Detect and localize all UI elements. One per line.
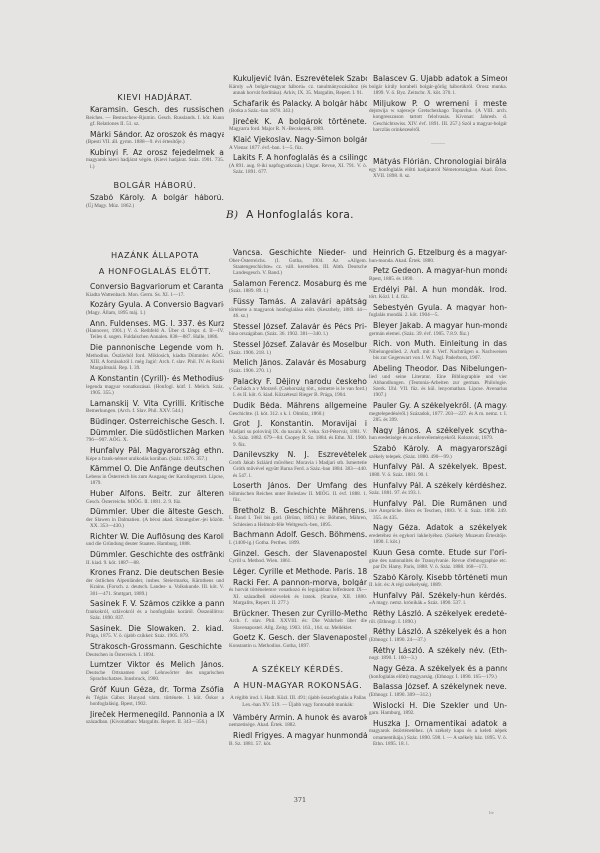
entry-citation: Deutschen in Österreich. I. 1894. — [86, 652, 224, 658]
entry-author-title: Vancsa. Geschichte Nieder- und — [229, 249, 367, 257]
entry-author-title: Kukuljević Iván. Észrevételek Szabó — [229, 75, 367, 83]
entry-citation: (Új Magy. Múz. 1862.) — [86, 203, 224, 209]
entry-citation: században. (Kivonatban: Margalits. Reper… — [86, 719, 224, 725]
entry-author-title: Dümmler. Die südöstlichen Marken. — [86, 429, 224, 437]
entry-citation: története a magyarok honfoglalása előtt.… — [229, 307, 367, 320]
entry-author-title: Jireček Hermenegild. Pannonia a IX. — [86, 711, 224, 719]
entry-citation: germán elemei. (Száz. 39. évf. 1905. 7.8… — [369, 331, 507, 337]
bibliography-entry: Huber Alfons. Beitr. zur älterenGesch. Ö… — [86, 490, 224, 505]
entry-author-title: Riedl Frigyes. A magyar hunmondák. — [229, 732, 367, 740]
entry-citation: der östlichen Alpenländer, insbes. Steie… — [86, 578, 224, 597]
entry-citation: eredetéhez és egykori lakhelyéhez. (Szék… — [369, 533, 507, 546]
entry-citation: I. Band I. Teil bis gotl. (Brünn, 1893.)… — [229, 515, 367, 528]
bibliography-entry: Krones Franz. Die deutschen Besiedlungen… — [86, 569, 224, 596]
bibliography-entry: Kukuljević Iván. Észrevételek SzabóKárol… — [229, 75, 367, 96]
bibliography-entry: Füssy Tamás. A zalavári apátságtörténete… — [229, 298, 367, 319]
entry-citation: Magyarra ford. Major R. N.-Becskerek, 18… — [229, 126, 367, 132]
entry-author-title: Lakits F. A honfoglalás és a csilingolás… — [229, 154, 367, 162]
bibliography-entry: Danilevszky N. J. ÉszrevételekGroth Jaka… — [229, 451, 367, 478]
bibliography-entry: Sasinek F. V. Számos czikke a pannoniaif… — [86, 600, 224, 621]
bibliography-entry: Sasinek. Die Slowaken. 2. kiad.Prága, 18… — [86, 625, 224, 640]
entry-author-title: Palacky F. Dějiny narodu českeho — [229, 378, 367, 386]
bibliography-entry: Dümmler. Über die älteste Gesch.der Slaw… — [86, 508, 224, 529]
entry-citation: tört. Közl. I. 4. füz. — [369, 294, 507, 300]
entry-author-title: Balascev G. Újabb adatok a Simeon — [369, 75, 507, 83]
bibliography-entry: Ann. Fuldenses. MG. I. 337. és Kurz.(Han… — [86, 320, 224, 341]
entry-citation: (Száz. 1906. 218. l.) — [229, 350, 367, 356]
entry-citation: Képe a frank-német uralkodás korában. (S… — [86, 456, 224, 462]
entry-author-title: Mátyás Flórián. Chronologiai birálat — [369, 158, 507, 166]
entry-citation: frankokról, szlávokról és a honfoglalás … — [86, 609, 224, 622]
entry-citation: Száz. 1881. 97. és 193. l. — [369, 490, 507, 496]
corner-mark: Ite — [489, 810, 494, 815]
entry-citation: (Botka a Száz.-ban 1878. 343.) — [229, 108, 367, 114]
entry-author-title: Melich János. Zalavár és Mosaburg. — [229, 359, 367, 367]
bibliography-entry: Nagy Géza. A székelyek és a pannoniai(ho… — [369, 665, 507, 680]
entry-author-title: Schafarik és Palacky. A bolgár háború ko… — [229, 100, 367, 108]
bibliography-entry: Hunfalvy Pál. A székely kérdéshez.Száz. … — [369, 482, 507, 497]
bibliography-entry: Vancsa. Geschichte Nieder- undOber-Öster… — [229, 249, 367, 276]
bibliography-entry: Kubinyi F. Az orosz fejedelmek amagyarok… — [86, 149, 224, 170]
bibliography-entry: Dümmler. Geschichte des ostfränkischen R… — [86, 551, 224, 566]
entry-author-title: Réthy László. A székelyek eredeté- — [369, 610, 507, 618]
entry-author-title: Hunfalvy Pál. A székelyek. Bpest. — [369, 463, 507, 471]
entry-author-title: Hunfalvy Pál. Székely-hun kérdés. — [369, 592, 507, 600]
entry-citation: böhmischen Reiches unter Boleslaw II. MI… — [229, 491, 367, 504]
bibliography-entry: Loserth János. Der Umfang desböhmischen … — [229, 482, 367, 503]
entry-citation: Reiches. — Bestuschew-Rjumin. Gesch. Rus… — [86, 115, 224, 128]
bibliography-entry: Petz Gedeon. A magyar-hun monda.Bpest, 1… — [369, 267, 507, 282]
entry-citation: hun eredetisége és az ellenvéleményekről… — [369, 435, 507, 441]
bibliography-entry: Szabó Károly. Kisebb történeti munkáiII.… — [369, 574, 507, 589]
entry-citation: Methodius. Ószlávból ford. Miklosich, ki… — [86, 353, 224, 372]
bibliography-entry: Karamsin. Gesch. des russischenReiches. … — [86, 106, 224, 127]
bibliography-entry: Hunfalvy Pál. Székely-hun kérdés.«A magy… — [369, 592, 507, 607]
bibliography-entry: Balassa József. A székelynek neve.(Ethno… — [369, 683, 507, 698]
bibliography-entry: Büdinger. Österreichische Gesch. I. — [86, 418, 224, 426]
entry-author-title: Kubinyi F. Az orosz fejedelmek a — [86, 149, 224, 157]
section-title: KIEVI HADJÁRAT. — [86, 92, 224, 102]
entry-author-title: Szabó Károly. A bolgár háború. — [86, 194, 224, 202]
bibliography-entry: Schafarik és Palacky. A bolgár háború ko… — [229, 100, 367, 115]
entry-author-title: Sasinek F. V. Számos czikke a pannoniai — [86, 600, 224, 608]
entry-citation: II. köt. és: A régi székelység. 1889. — [369, 582, 507, 588]
entry-author-title: Huber Alfons. Beitr. zur älteren — [86, 490, 224, 498]
entry-citation: (Száz. 1889. 89. l.) — [229, 288, 367, 294]
entry-citation: bina országában. (Száz. 36. 1902. 381—34… — [229, 331, 367, 337]
entry-author-title: Die pannonische Legende vom h. — [86, 344, 224, 352]
entry-citation: magyarok kievi hadjárat végén. (Kievi ha… — [86, 157, 224, 170]
entry-citation: (Hannover, 1901.) V. ö. Rethfeld A. Über… — [86, 328, 224, 341]
entry-author-title: Balassa József. A székelynek neve. — [369, 683, 507, 691]
bibliography-entry: Szabó Károly. A bolgár háború.(Új Magy. … — [86, 194, 224, 209]
entry-author-title: Büdinger. Österreichische Gesch. I. — [86, 418, 224, 426]
entry-author-title: Hunfalvy Pál. Magyarország ethn. — [86, 447, 224, 455]
bibliography-entry: Ginzel. Gesch. der SlavenapostelCyrill u… — [229, 550, 367, 565]
entry-author-title: Hunfalvy Pál. Die Rumänen und — [369, 500, 507, 508]
part-heading: B) A Honfoglalás kora. — [226, 209, 354, 221]
bibliography-entry: Lumtzer Viktor és Melich János.Deutsche … — [86, 661, 224, 682]
bibliography-entry: Réthy László. A székelyek eredeté-ről. (… — [369, 610, 507, 625]
section-title: A HUN-MAGYAR ROKONSÁG. — [229, 679, 367, 691]
entry-author-title: Loserth János. Der Umfang des — [229, 482, 367, 490]
bibliography-entry: Rich. von Muth. Einleitung in dasNibelun… — [369, 340, 507, 361]
entry-citation: megtelepedéséről.) Századok, 1877. 203—2… — [369, 411, 507, 424]
section-intro: A régibb irod. l. Hadt. Közl. III. 491; … — [229, 695, 367, 708]
entry-author-title: Abeling Theodor. Das Nibelungen- — [369, 365, 507, 373]
entry-citation: bolgár király korabeli bolgár-görög hábo… — [369, 84, 507, 97]
entry-citation: (honfoglalás előtti) magyarság. (Ethnogr… — [369, 674, 507, 680]
entry-citation: Madjari su polovinij IX. do nacalu X. ve… — [229, 429, 367, 448]
entry-citation: I. (1400-ig.) Gotha. Perthes. 1899. — [229, 540, 367, 546]
entry-author-title: Dudik Béda. Mährens allgemeine — [229, 402, 367, 410]
entry-citation: Konstantin u. Methodius. Gotha, 1897. — [229, 643, 367, 649]
bibliography-entry: Hunfalvy Pál. Die Rumänen undihre Ansprü… — [369, 500, 507, 521]
entry-author-title: Grot J. Konstantin. Moravijai i — [229, 420, 367, 428]
entry-author-title: Huszka J. Ornamentikai adatok a — [369, 720, 507, 728]
bibliography-entry: Dümmler. Die südöstlichen Marken.796—907… — [86, 429, 224, 444]
entry-author-title: Léger. Cyrille et Methode. Paris. 1869. — [229, 568, 367, 576]
entry-author-title: Stessel József. Zalavár és Moselburg. — [229, 341, 367, 349]
entry-author-title: Pauler Gy. A székelyekről. (A magyarok — [369, 402, 507, 410]
bibliography-entry: Klaić Vjekoslav. Nagy-Simon bolgár czár … — [229, 136, 367, 151]
entry-citation: der Slawen in Dalmatien. (A bécsi akad. … — [86, 517, 224, 530]
entry-author-title: Nagy Géza. Adatok a székelyek — [369, 524, 507, 532]
entry-citation: «A magy. nemz. krónikák.» Száz. 1890. 53… — [369, 600, 507, 606]
entry-author-title: Racki Fer. A pannon-morva, bolgár — [229, 579, 367, 587]
entry-citation: Deutsche Ortsnamen und Lehnwörter des un… — [86, 670, 224, 683]
entry-author-title: Márki Sándor. Az oroszok és magyarok els… — [86, 131, 224, 139]
entry-author-title: Bleyer Jakab. A magyar hun-monda — [369, 322, 507, 330]
entry-citation: Geschichte. (I. köt. 312. s k. l. Olmütz… — [229, 411, 367, 417]
entry-author-title: Bretholz B. Geschichte Mährens. — [229, 507, 367, 515]
entry-author-title: Rich. von Muth. Einleitung in das — [369, 340, 507, 348]
entry-author-title: Hunfalvy Pál. A székely kérdéshez. — [369, 482, 507, 490]
entry-author-title: Gróf Kuun Géza, dr. Torma Zsófia — [86, 686, 224, 694]
section-title: A HONFOGLALÁS ELŐTT. — [86, 265, 224, 277]
bibliography-entry: Bretholz B. Geschichte Mährens.I. Band I… — [229, 507, 367, 528]
entry-author-title: Kozáry Gyula. A Conversio Bagvariorum et… — [86, 301, 224, 309]
bibliography-entry: Kämmel O. Die Anfänge deutschenLebens in… — [86, 465, 224, 486]
bibliography-entry: Wislocki H. Die Szekler und Un-garn. Ham… — [369, 702, 507, 717]
entry-author-title: Kämmel O. Die Anfänge deutschen — [86, 465, 224, 473]
entry-citation: Groth Jakab Szláárd művéhez: Moravia i M… — [229, 460, 367, 479]
bibliography-entry: Lakits F. A honfoglalás és a csilingolás… — [229, 154, 367, 175]
top-column-2: Kukuljević Iván. Észrevételek SzabóKárol… — [229, 75, 367, 179]
entry-author-title: Heinrich G. Etzelburg és a magyar- — [369, 249, 507, 257]
bibliography-entry: Dudik Béda. Mährens allgemeineGeschichte… — [229, 402, 367, 417]
entry-citation: 796—907. AÖG. X. — [86, 437, 224, 443]
entry-author-title: Dümmler. Über die älteste Gesch. — [86, 508, 224, 516]
entry-author-title: Szabó Károly. Kisebb történeti munkái — [369, 574, 507, 582]
entry-author-title: A Konstantin (Cyrill)- és Methodius- — [86, 375, 224, 383]
entry-citation: II. kiad. 9. köt. 1887—88. — [86, 560, 224, 566]
bibliography-entry: Stessel József. Zalavár és Pécs Pri-bina… — [229, 323, 367, 338]
entry-citation: (Száz. 1906. 270. l.) — [229, 368, 367, 374]
bibliography-entry: Hunfalvy Pál. Magyarország ethn.Képe a f… — [86, 447, 224, 462]
entry-author-title: Lamanskij V. Vita Cyrilli. Kritische — [86, 400, 224, 408]
bibliography-entry: Erdélyi Pál. A hun mondák. Irod.tört. Kö… — [369, 286, 507, 301]
bibliography-entry: Léger. Cyrille et Methode. Paris. 1869. — [229, 568, 367, 576]
entry-author-title: Sebestyén Gyula. A magyar hon- — [369, 304, 507, 312]
bottom-column-3: Heinrich G. Etzelburg és a magyar-hun-mo… — [369, 249, 507, 751]
entry-citation: Prága, 1875. V. ö. újabb czikkei: Száz. … — [86, 633, 224, 639]
entry-citation: Nibelungenlied. 2. Aufl. mit d. Verf. Na… — [369, 349, 507, 362]
bibliography-entry: Riedl Frigyes. A magyar hunmondák.B. Sz.… — [229, 732, 367, 747]
bibliography-entry: Jireček Hermenegild. Pannonia a IX.száza… — [86, 711, 224, 726]
entry-citation: Lebens in Österreich bis zum Ausgang der… — [86, 474, 224, 487]
entry-author-title: Conversio Bagvariorum et Carantanorum. — [86, 283, 224, 291]
entry-citation: (Magy. Állam, 1895 máj. 1.) — [86, 310, 224, 316]
entry-citation: Cyrill u. Method. Wien. 1861. — [229, 558, 367, 564]
bibliography-entry: Jireček K. A bolgárok története.Magyarra… — [229, 118, 367, 133]
bibliography-entry: Brückner. Thesen zur Cyrillo-Methodianis… — [229, 610, 367, 631]
bibliography-entry: Mátyás Flórián. Chronologiai birálategy … — [369, 158, 507, 179]
bottom-column-1: HAZÁNK ÁLLAPOTAA HONFOGLALÁS ELŐTT.Conve… — [86, 249, 224, 729]
section-title: A SZÉKELY KÉRDÉS. — [229, 663, 367, 675]
entry-citation: Bpest, 1885. és 1890. — [369, 276, 507, 282]
entry-author-title: Wislocki H. Die Szekler und Un- — [369, 702, 507, 710]
top-column-3: Balascev G. Újabb adatok a Simeonbolgár … — [369, 75, 507, 183]
bibliography-entry: Márki Sándor. Az oroszok és magyarok els… — [86, 131, 224, 146]
entry-author-title: Erdélyi Pál. A hun mondák. Irod. — [369, 286, 507, 294]
entry-author-title: Klaić Vjekoslav. Nagy-Simon bolgár czár … — [229, 136, 367, 144]
entry-citation: Arch. f. slav. Phil. XXVIII. és: Die Wah… — [229, 618, 367, 631]
entry-author-title: Füssy Tamás. A zalavári apátság — [229, 298, 367, 306]
entry-citation: (A 891. aug. 8-iki napfogyatkozás.) Unga… — [229, 163, 367, 176]
bibliography-entry: Pauler Gy. A székelyekről. (A magyarokme… — [369, 402, 507, 423]
page-number: 371 — [0, 796, 600, 804]
entry-citation: (Bpesti VII. áll. gymn. 1888—9. évi érte… — [86, 139, 224, 145]
bibliography-entry: Huszka J. Ornamentikai adatok amagyarok … — [369, 720, 507, 747]
entry-citation: ihre Ansprüche. Bécs és Teschen, 1883. V… — [369, 508, 507, 521]
bibliography-entry: Melich János. Zalavár és Mosaburg.(Száz.… — [229, 359, 367, 374]
entry-citation: garn. Hamburg, 1892. — [369, 710, 507, 716]
entry-author-title: Krones Franz. Die deutschen Besiedlungen — [86, 569, 224, 577]
entry-citation: gine des nationalités de Transylvanie. R… — [369, 558, 507, 571]
entry-citation: nemzetisége. Akad. Értek. 1882. — [229, 722, 367, 728]
bibliography-entry: Nagy János. A székelyek scytha-hun erede… — [369, 427, 507, 442]
bibliography-entry: Racki Fer. A pannon-morva, bolgárés horv… — [229, 579, 367, 606]
bibliography-entry: Sebestyén Gyula. A magyar hon-foglalás m… — [369, 304, 507, 319]
entry-author-title: Lumtzer Viktor és Melich János. — [86, 661, 224, 669]
section-title: HAZÁNK ÁLLAPOTA — [86, 249, 224, 261]
entry-citation: lied und seine Literatur. Eine Bibliogra… — [369, 374, 507, 399]
entry-citation: (Ethnogr. I. 1890. 24—37.) — [369, 637, 507, 643]
entry-citation: Károly «A bolgár-magyar háború» cz. tanu… — [229, 84, 367, 97]
entry-author-title: Nagy János. A székelyek scytha- — [369, 427, 507, 435]
entry-citation: magyarok őstörténetéhez. (A székely kapu… — [369, 728, 507, 747]
bibliography-entry: Heinrich G. Etzelburg és a magyar-hun-mo… — [369, 249, 507, 264]
entry-author-title: Strakosch-Grossmann. Geschichte d. — [86, 643, 224, 651]
bibliography-entry: Abeling Theodor. Das Nibelungen-lied und… — [369, 365, 507, 399]
bibliography-entry: Balascev G. Újabb adatok a Simeonbolgár … — [369, 75, 507, 96]
bibliography-entry: Miljukow P. O wremeni i mestedejstwija w… — [369, 100, 507, 134]
top-column-1: KIEVI HADJÁRAT.Karamsin. Gesch. des russ… — [86, 92, 224, 212]
entry-author-title: Ann. Fuldenses. MG. I. 337. és Kurz. — [86, 320, 224, 328]
entry-citation: Bemerkungen. (Arch. f. Slav. Phil. XXV. … — [86, 408, 224, 414]
entry-author-title: Vámbéry Ármin. A hunok és avarok — [229, 714, 367, 722]
entry-citation: B. Sz. 1881. 57. köt. — [229, 741, 367, 747]
bottom-column-2: Vancsa. Geschichte Nieder- undOber-Öster… — [229, 249, 367, 750]
entry-author-title: Bachmann Adolf. Gesch. Böhmens. — [229, 531, 367, 539]
entry-author-title: Nagy Géza. A székelyek és a pannoniai — [369, 665, 507, 673]
entry-author-title: Sasinek. Die Slowaken. 2. kiad. — [86, 625, 224, 633]
section-title: BOLGÁR HÁBORÚ. — [86, 180, 224, 190]
bibliography-entry: Richter W. Die Auflösung des Karolinger … — [86, 533, 224, 548]
entry-citation: székely telepek. (Száz. 1880. 490—99.) — [369, 454, 507, 460]
bibliography-entry: Goetz K. Gesch. der SlavenapostelKonstan… — [229, 634, 367, 649]
entry-citation: ről. (Ethnogr. I. 1890.) — [369, 619, 507, 625]
entry-author-title: Karamsin. Gesch. des russischen — [86, 106, 224, 114]
entry-citation: hun-monda. Akad. Értek. 1880. — [369, 258, 507, 264]
entry-citation: Gesch. Österreichs. MIÖG. II. 1881. 2. 9… — [86, 499, 224, 505]
entry-author-title: Goetz K. Gesch. der Slavenapostel — [229, 634, 367, 642]
entry-author-title: Stessel József. Zalavár és Pécs Pri- — [229, 323, 367, 331]
bibliography-entry: Réthy László. A székelyek és a honfoglal… — [369, 628, 507, 643]
entry-citation: (Ethnogr. I. 1890. 309—312.) — [369, 692, 507, 698]
bibliography-entry: Gróf Kuun Géza, dr. Torma Zsófiaés Téglá… — [86, 686, 224, 707]
entry-author-title: Salamon Ferencz. Mosaburg és megyéje. — [229, 280, 367, 288]
entry-citation: egy honfoglalás előtti hadjáratról Német… — [369, 167, 507, 180]
bibliography-entry: Nagy Géza. Adatok a székelyekeredetéhez … — [369, 524, 507, 545]
entry-citation: nogr. 1890. I. 160—3.) — [369, 655, 507, 661]
entry-citation: foglalás mondái. 2. köt. 1904—5. — [369, 312, 507, 318]
bibliography-entry: Szabó Károly. A magyarországiszékely tel… — [369, 445, 507, 460]
entry-citation: és horvát történelemre vonatkozó és legú… — [229, 587, 367, 606]
entry-author-title: Miljukow P. O wremeni i meste — [369, 100, 507, 108]
bibliography-entry: Bleyer Jakab. A magyar hun-mondagermán e… — [369, 322, 507, 337]
entry-citation: Ober-Österreichs. (I. Gotha, 1904. Az «A… — [229, 258, 367, 277]
bibliography-entry: Kuun Gesa comte. Étude sur l'ori-gine de… — [369, 549, 507, 570]
bibliography-entry: Lamanskij V. Vita Cyrilli. KritischeBeme… — [86, 400, 224, 415]
entry-author-title: Réthy László. A székely név. (Eth- — [369, 647, 507, 655]
entry-author-title: Petz Gedeon. A magyar-hun monda. — [369, 267, 507, 275]
part-title: A Honfoglalás kora. — [246, 209, 354, 221]
entry-author-title: Szabó Károly. A magyarországi — [369, 445, 507, 453]
entry-citation: dejstwija w sajeswje Gretschezkago Topar… — [369, 108, 507, 133]
bibliography-entry: Vámbéry Ármin. A hunok és avaroknemzetis… — [229, 714, 367, 729]
bibliography-entry: Kozáry Gyula. A Conversio Bagvariorum et… — [86, 301, 224, 316]
part-letter: B) — [226, 209, 238, 221]
bibliography-entry: Die pannonische Legende vom h.Methodius.… — [86, 344, 224, 371]
entry-author-title: Richter W. Die Auflösung des Karolinger … — [86, 533, 224, 541]
bibliography-entry: Salamon Ferencz. Mosaburg és megyéje.(Sz… — [229, 280, 367, 295]
entry-citation: v Čechách a v Moravě. (Csehország tört.,… — [229, 386, 367, 399]
entry-author-title: Ginzel. Gesch. der Slavenapostel — [229, 550, 367, 558]
bibliography-entry: Palacky F. Dějiny narodu českehov Čechác… — [229, 378, 367, 399]
entry-citation: A Vienac 1877. évf.-ban. 1—5. füz. — [229, 145, 367, 151]
bibliography-entry: Bachmann Adolf. Gesch. Böhmens.I. (1400-… — [229, 531, 367, 546]
bibliography-entry: Hunfalvy Pál. A székelyek. Bpest.1880. V… — [369, 463, 507, 478]
bibliography-entry: Strakosch-Grossmann. Geschichte d.Deutsc… — [86, 643, 224, 658]
divider — [431, 143, 445, 144]
entry-citation: legenda magyar vonatkozásai. (Honfogl. k… — [86, 384, 224, 397]
bibliography-entry: A Konstantin (Cyrill)- és Methodius-lege… — [86, 375, 224, 396]
entry-citation: és Téglás Gábor. Hunyad várm. története.… — [86, 695, 224, 708]
entry-author-title: Réthy László. A székelyek és a honfoglal… — [369, 628, 507, 636]
entry-author-title: Danilevszky N. J. Észrevételek — [229, 451, 367, 459]
entry-author-title: Brückner. Thesen zur Cyrillo-Methodianis… — [229, 610, 367, 618]
entry-citation: 1880. V. ö. Száz. 1881. 90. l. — [369, 472, 507, 478]
entry-citation: und die Gründung deuter Staaten. Hamburg… — [86, 541, 224, 547]
entry-citation: Kiadta Wattenbach. Mon. Germ. Ss. XI. 1—… — [86, 292, 224, 298]
entry-author-title: Kuun Gesa comte. Étude sur l'ori- — [369, 549, 507, 557]
bibliography-entry: Réthy László. A székely név. (Eth-nogr. … — [369, 647, 507, 662]
bibliography-entry: Conversio Bagvariorum et Carantanorum.Ki… — [86, 283, 224, 298]
bibliography-entry: Grot J. Konstantin. Moravijai iMadjari s… — [229, 420, 367, 447]
entry-author-title: Jireček K. A bolgárok története. — [229, 118, 367, 126]
entry-author-title: Dümmler. Geschichte des ostfränkischen R… — [86, 551, 224, 559]
bibliography-entry: Stessel József. Zalavár és Moselburg.(Sz… — [229, 341, 367, 356]
